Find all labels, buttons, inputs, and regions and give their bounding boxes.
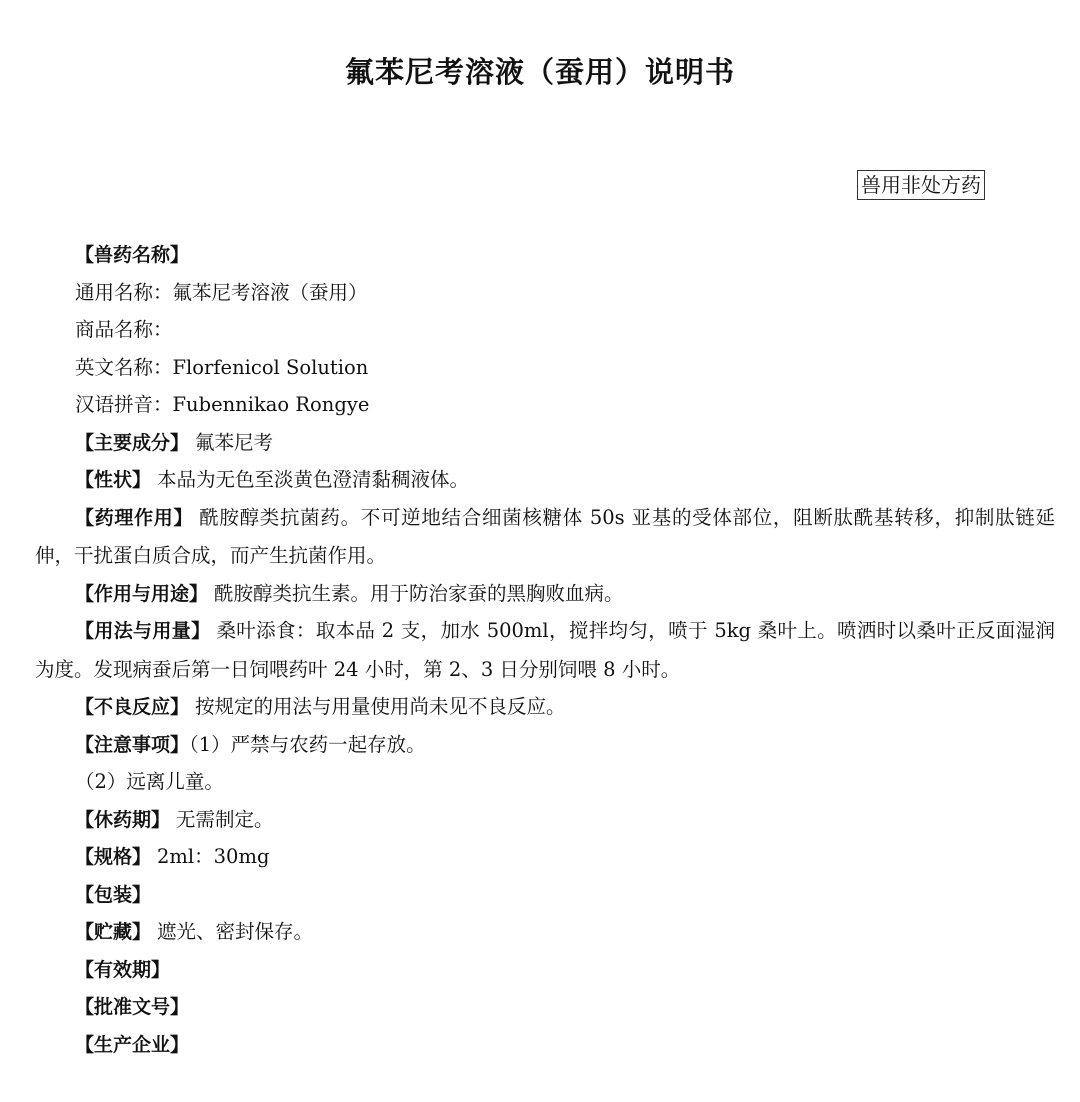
trade-name-row: 商品名称： <box>35 311 1055 349</box>
section-adverse-reactions: 【不良反应】按规定的用法与用量使用尚未见不良反应。 <box>35 688 1055 726</box>
precaution-item-2: （2）远离儿童。 <box>75 770 224 793</box>
section-main-ingredient: 【主要成分】氟苯尼考 <box>35 424 1055 462</box>
section-approval-number: 【批准文号】 <box>35 988 1055 1026</box>
section-label: 【兽药名称】 <box>75 244 189 266</box>
document-body: 【兽药名称】 通用名称：氟苯尼考溶液（蚕用） 商品名称： 英文名称：Florfe… <box>35 236 1055 1063</box>
section-properties: 【性状】本品为无色至淡黄色澄清黏稠液体。 <box>35 461 1055 499</box>
section-manufacturer: 【生产企业】 <box>35 1026 1055 1064</box>
generic-name-row: 通用名称：氟苯尼考溶液（蚕用） <box>35 274 1055 312</box>
section-label: 【有效期】 <box>75 959 170 981</box>
generic-name-value: 氟苯尼考溶液（蚕用） <box>173 281 368 304</box>
pinyin-value: Fubennikao Rongye <box>173 393 370 416</box>
section-pharmacology: 【药理作用】酰胺醇类抗菌药。不可逆地结合细菌核糖体 50s 亚基的受体部位，阻断… <box>35 499 1055 575</box>
section-packaging: 【包装】 <box>35 876 1055 914</box>
generic-name-label: 通用名称： <box>75 281 173 304</box>
section-specification: 【规格】2ml：30mg <box>35 838 1055 876</box>
otc-badge: 兽用非处方药 <box>857 170 985 200</box>
section-value: 本品为无色至淡黄色澄清黏稠液体。 <box>157 468 469 491</box>
section-label: 【性状】 <box>75 469 151 491</box>
section-dosage: 【用法与用量】桑叶添食：取本品 2 支，加水 500ml，搅拌均匀，喷于 5kg… <box>35 612 1055 688</box>
section-storage: 【贮藏】遮光、密封保存。 <box>35 913 1055 951</box>
section-value: 遮光、密封保存。 <box>157 920 313 943</box>
section-withdrawal-period: 【休药期】无需制定。 <box>35 801 1055 839</box>
section-label: 【规格】 <box>75 846 151 868</box>
section-label: 【用法与用量】 <box>75 620 210 642</box>
section-label: 【注意事项】 <box>75 734 189 756</box>
section-value: 按规定的用法与用量使用尚未见不良反应。 <box>195 695 566 718</box>
precaution-row-2: （2）远离儿童。 <box>35 763 1055 801</box>
section-value: 无需制定。 <box>176 808 274 831</box>
trade-name-label: 商品名称： <box>75 318 173 341</box>
section-value: 酰胺醇类抗生素。用于防治家蚕的黑胸败血病。 <box>214 582 624 605</box>
section-label: 【主要成分】 <box>75 432 189 454</box>
pinyin-row: 汉语拼音：Fubennikao Rongye <box>35 386 1055 424</box>
pinyin-label: 汉语拼音： <box>75 393 173 416</box>
section-value: 2ml：30mg <box>157 845 269 868</box>
section-value: 氟苯尼考 <box>195 431 273 454</box>
section-precautions: 【注意事项】（1）严禁与农药一起存放。 <box>35 726 1055 764</box>
section-label: 【贮藏】 <box>75 921 151 943</box>
document-title: 氟苯尼考溶液（蚕用）说明书 <box>0 50 1080 91</box>
section-label: 【批准文号】 <box>75 996 189 1018</box>
section-vet-drug-name: 【兽药名称】 <box>35 236 1055 274</box>
section-label: 【不良反应】 <box>75 696 189 718</box>
section-label: 【生产企业】 <box>75 1034 189 1056</box>
section-shelf-life: 【有效期】 <box>35 951 1055 989</box>
precaution-item-1: （1）严禁与农药一起存放。 <box>189 733 426 756</box>
section-label: 【作用与用途】 <box>75 583 208 605</box>
section-indications: 【作用与用途】酰胺醇类抗生素。用于防治家蚕的黑胸败血病。 <box>35 575 1055 613</box>
section-label: 【包装】 <box>75 884 151 906</box>
english-name-label: 英文名称： <box>75 356 173 379</box>
section-label: 【休药期】 <box>75 809 170 831</box>
english-name-value: Florfenicol Solution <box>173 356 369 379</box>
section-label: 【药理作用】 <box>75 507 193 529</box>
english-name-row: 英文名称：Florfenicol Solution <box>35 349 1055 387</box>
